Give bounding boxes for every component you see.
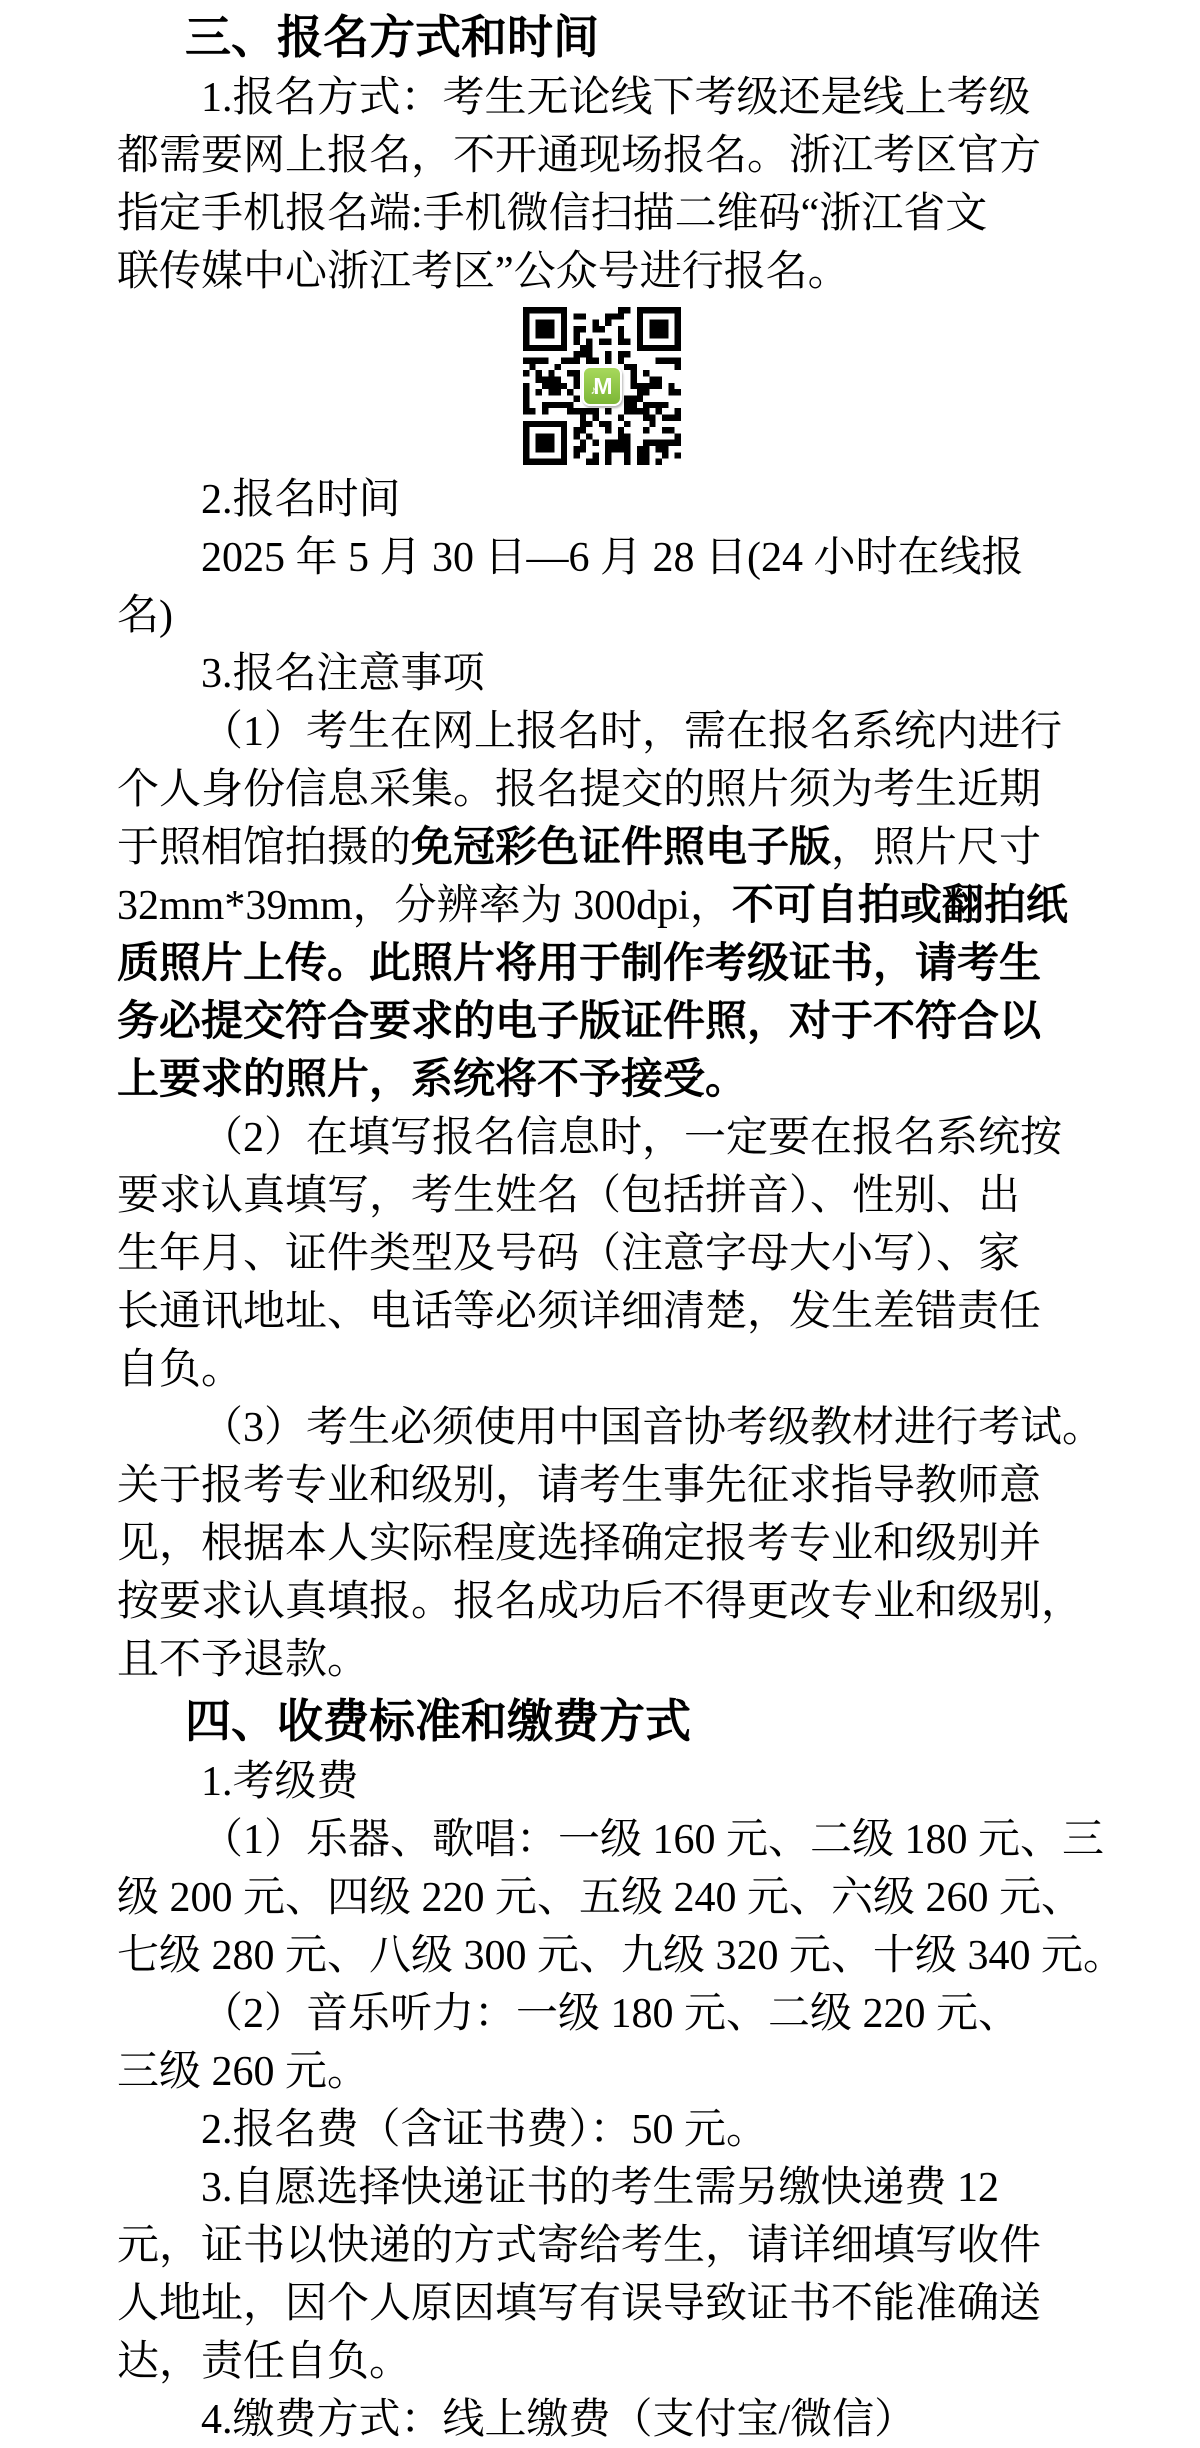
text-line: 元，证书以快递的方式寄给考生，请详细填写收件 (117, 2217, 1134, 2275)
text-line: 三级 260 元。 (117, 2043, 1134, 2101)
text-line: 人地址，因个人原因填写有误导致证书不能准确送 (117, 2275, 1134, 2333)
section-heading: 四、收费标准和缴费方式 (117, 1689, 1134, 1753)
text-line: 生年月、证件类型及号码（注意字母大小写）、家 (117, 1225, 1134, 1283)
text-line: （2）在填写报名信息时，一定要在报名系统按 (117, 1109, 1134, 1167)
text-line: 1.考级费 (117, 1753, 1134, 1811)
text-line: 1.报名方式：考生无论线下考级还是线上考级 (117, 69, 1134, 127)
text-line: 质照片上传。此照片将用于制作考级证书，请考生 (117, 935, 1134, 993)
text-line: 长通讯地址、电话等必须详细清楚，发生差错责任 (117, 1283, 1134, 1341)
text-line: 32mm*39mm，分辨率为 300dpi，不可自拍或翻拍纸 (117, 877, 1134, 935)
text-line: 达，责任自负。 (117, 2333, 1134, 2391)
document-page: 三、报名方式和时间1.报名方式：考生无论线下考级还是线上考级都需要网上报名，不开… (0, 0, 1200, 2448)
text-line: 且不予退款。 (117, 1631, 1134, 1689)
text-line: 2.报名费（含证书费）：50 元。 (117, 2101, 1134, 2159)
text-line: 4.缴费方式：线上缴费（支付宝/微信） (117, 2391, 1134, 2448)
text-line: 七级 280 元、八级 300 元、九级 320 元、十级 340 元。 (117, 1927, 1134, 1985)
qr-logo-icon: ♪M (582, 366, 622, 406)
text-line: 名) (117, 587, 1134, 645)
text-line: （2）音乐听力：一级 180 元、二级 220 元、 (117, 1985, 1134, 2043)
text-line: 于照相馆拍摄的免冠彩色证件照电子版，照片尺寸 (117, 819, 1134, 877)
qr-code: ♪M (523, 307, 681, 465)
text-line: 联传媒中心浙江考区”公众号进行报名。 (117, 243, 1134, 301)
text-line: 级 200 元、四级 220 元、五级 240 元、六级 260 元、 (117, 1869, 1134, 1927)
text-line: 都需要网上报名，不开通现场报名。浙江考区官方 (117, 127, 1134, 185)
text-line: 上要求的照片，系统将不予接受。 (117, 1051, 1134, 1109)
text-line: 3.自愿选择快递证书的考生需另缴快递费 12 (117, 2159, 1134, 2217)
text-line: 个人身份信息采集。报名提交的照片须为考生近期 (117, 761, 1134, 819)
text-line: 按要求认真填报。报名成功后不得更改专业和级别， (117, 1573, 1134, 1631)
text-line: 要求认真填写，考生姓名（包括拼音）、性别、出 (117, 1167, 1134, 1225)
qr-logo-letter: M (593, 375, 612, 398)
text-line: （3）考生必须使用中国音协考级教材进行考试。 (117, 1399, 1134, 1457)
text-line: 见，根据本人实际程度选择确定报考专业和级别并 (117, 1515, 1134, 1573)
text-line: 2.报名时间 (117, 471, 1134, 529)
text-line: （1）乐器、歌唱：一级 160 元、二级 180 元、三 (117, 1811, 1134, 1869)
text-line: 3.报名注意事项 (117, 645, 1134, 703)
document-body: 三、报名方式和时间1.报名方式：考生无论线下考级还是线上考级都需要网上报名，不开… (117, 5, 1134, 2448)
qr-code-block: ♪M (93, 301, 1110, 471)
text-line: 自负。 (117, 1341, 1134, 1399)
text-line: （1）考生在网上报名时，需在报名系统内进行 (117, 703, 1134, 761)
text-line: 关于报考专业和级别，请考生事先征求指导教师意 (117, 1457, 1134, 1515)
text-line: 指定手机报名端:手机微信扫描二维码“浙江省文 (117, 185, 1134, 243)
text-line: 2025 年 5 月 30 日—6 月 28 日(24 小时在线报 (117, 529, 1134, 587)
text-line: 务必提交符合要求的电子版证件照，对于不符合以 (117, 993, 1134, 1051)
section-heading: 三、报名方式和时间 (117, 5, 1134, 69)
